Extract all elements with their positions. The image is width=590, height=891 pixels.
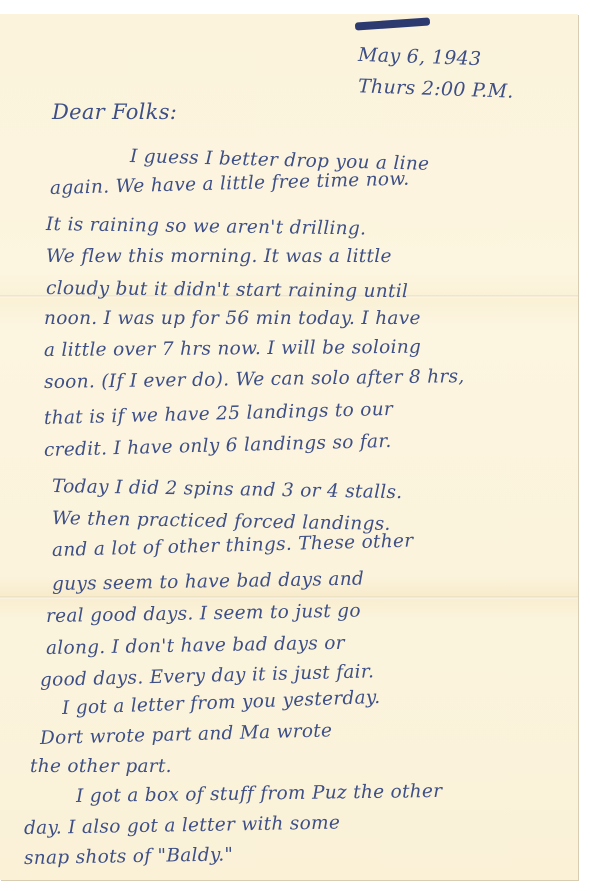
letter-line: a little over 7 hrs now. I will be soloi… (44, 337, 421, 361)
paper-fold-line (0, 596, 578, 599)
letter-line: credit. I have only 6 landings so far. (44, 431, 392, 461)
letter-line: and a lot of other things. These other (52, 531, 414, 561)
letter-line: cloudy but it didn't start raining until (46, 278, 408, 302)
letter-line: guys seem to have bad days and (52, 569, 364, 595)
letter-line: along. I don't have bad days or (46, 633, 345, 659)
letter-line: the other part. (30, 756, 172, 777)
letter-line: Today I did 2 spins and 3 or 4 stalls. (52, 476, 403, 503)
letter-line: that is if we have 25 landings to our (44, 399, 394, 429)
letter-line: noon. I was up for 56 min today. I have (44, 308, 421, 329)
letter-line: real good days. I seem to just go (46, 601, 361, 627)
salutation: Dear Folks: (52, 100, 177, 124)
letter-line: day. I also got a letter with some (24, 812, 341, 839)
letter-line: soon. (If I ever do). We can solo after … (44, 366, 465, 393)
letter-page: May 6, 1943 Thurs 2:00 P.M. Dear Folks: … (0, 14, 578, 880)
letter-line: I got a letter from you yesterday. (62, 687, 381, 719)
letter-line: I got a box of stuff from Puz the other (76, 781, 443, 807)
letter-line: We then practiced forced landings. (52, 508, 391, 535)
letter-line: good days. Every day it is just fair. (40, 661, 375, 691)
letter-line: again. We have a little free time now. (50, 169, 410, 199)
struck-out-word (355, 17, 430, 30)
letter-day-time: Thurs 2:00 P.M. (358, 75, 514, 102)
letter-line: Dort wrote part and Ma wrote (40, 720, 333, 749)
letter-date: May 6, 1943 (358, 44, 482, 70)
letter-line: It is raining so we aren't drilling. (46, 214, 367, 239)
letter-line: snap shots of "Baldy." (24, 844, 234, 869)
letter-line: We flew this morning. It was a little (46, 246, 392, 267)
